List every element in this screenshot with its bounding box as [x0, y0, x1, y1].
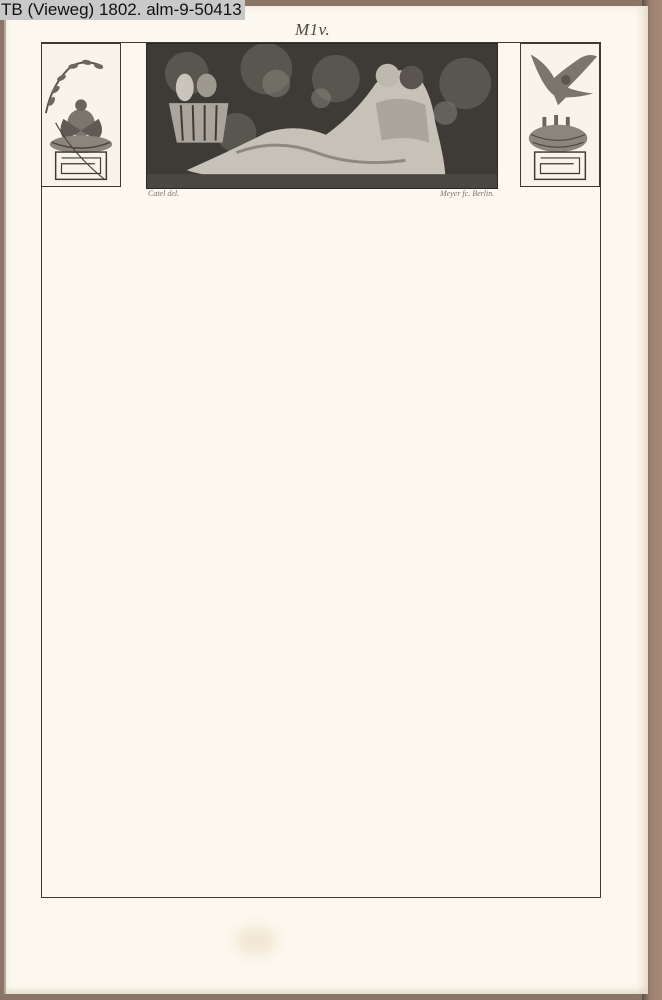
image-caption-label: TB (Vieweg) 1802. alm-9-50413: [0, 0, 245, 20]
page-folio: M1v.: [295, 20, 330, 40]
embracing-couple-illustration: [147, 44, 497, 188]
artist-credit: Catel del.: [148, 189, 179, 198]
engraved-vignette: [146, 43, 498, 189]
left-ornament-panel: [41, 43, 121, 187]
flying-bird-nest-icon: [521, 44, 599, 186]
nesting-bird-icon: [42, 44, 120, 186]
engraver-credit: Meyer fc. Berlin.: [440, 189, 494, 198]
right-ornament-panel: [520, 43, 600, 187]
